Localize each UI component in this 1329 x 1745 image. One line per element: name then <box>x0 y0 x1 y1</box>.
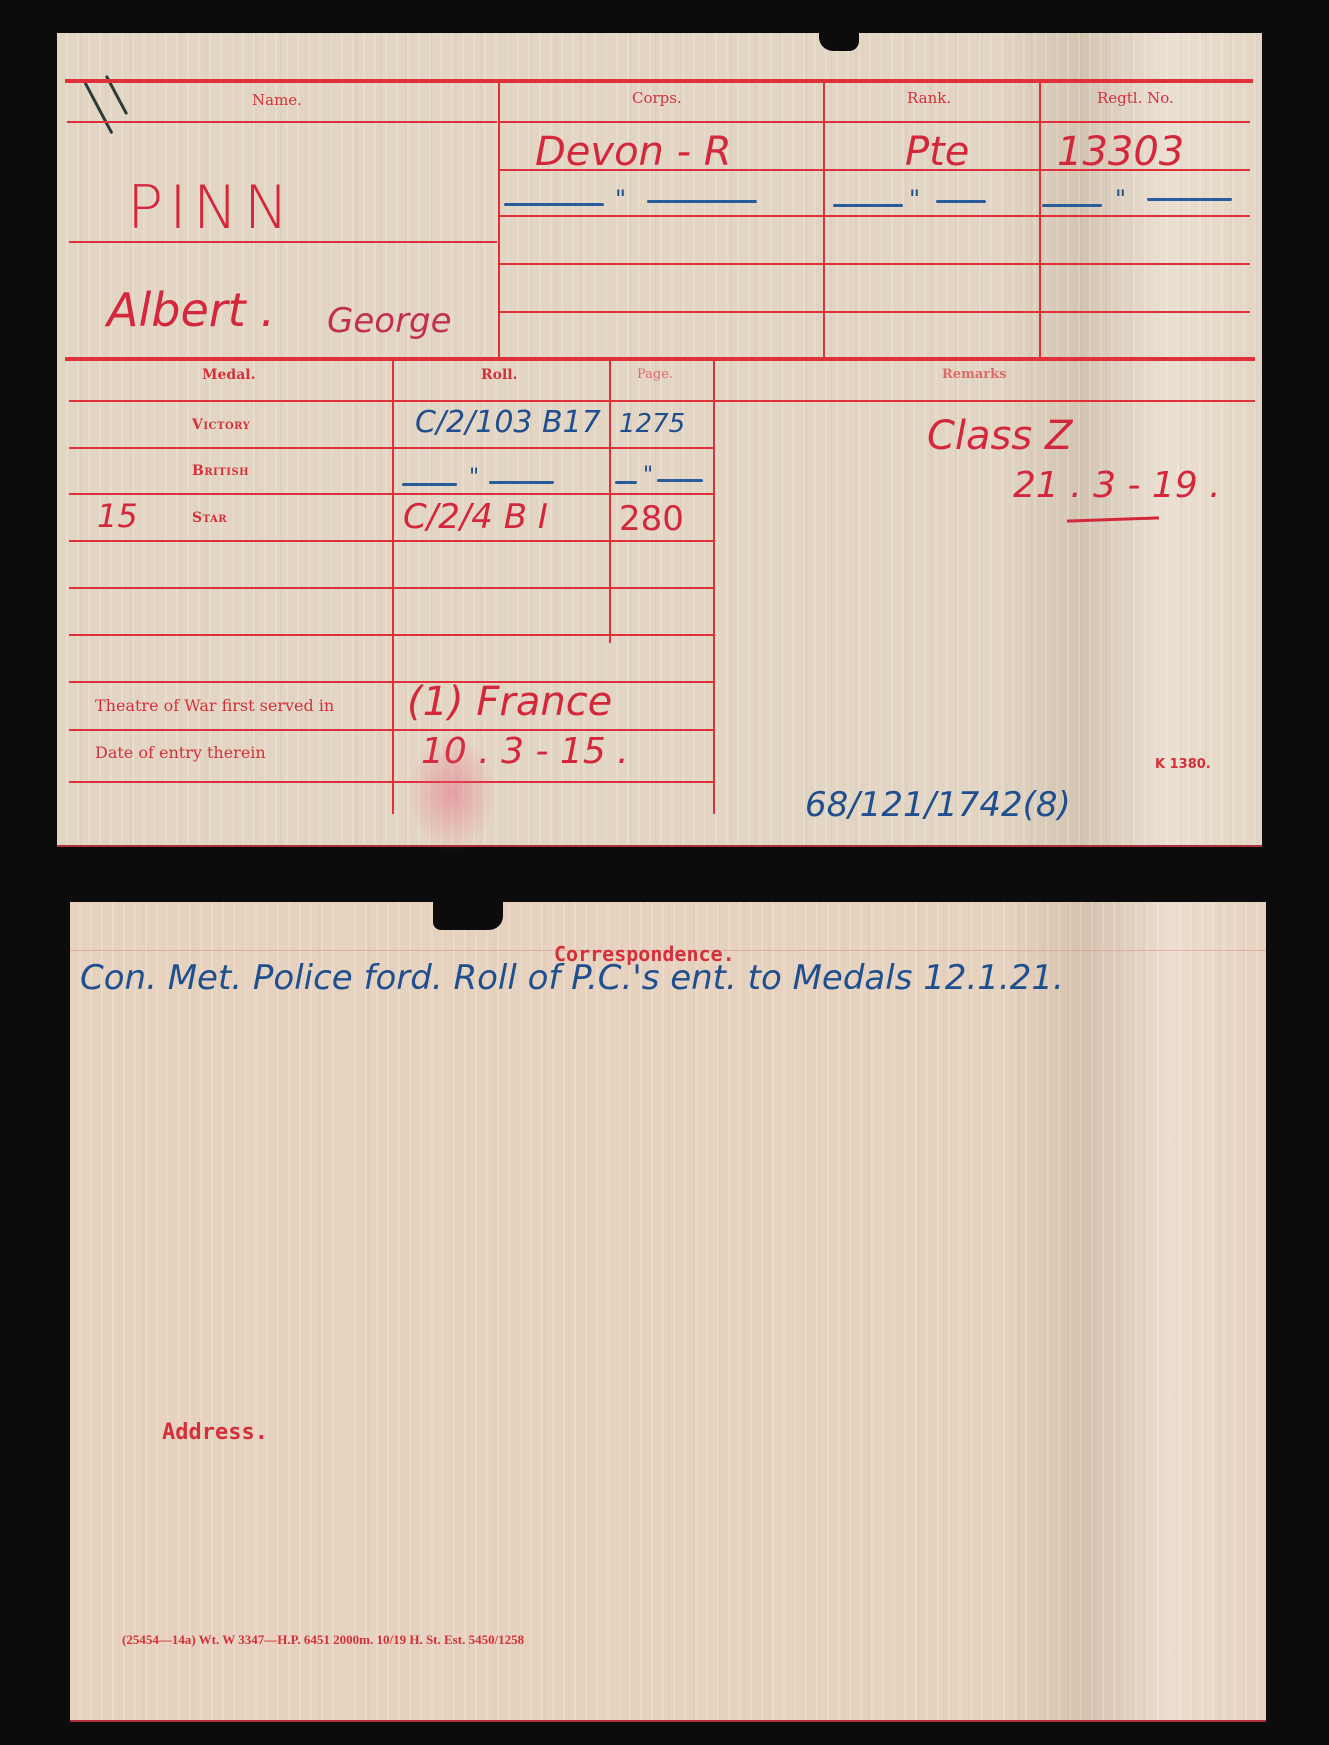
medal-column-header: Medal. <box>202 367 255 383</box>
ditto-line <box>657 479 703 482</box>
rule-row <box>69 493 713 495</box>
torn-notch <box>819 31 859 51</box>
pencil-tick-mark <box>84 82 114 135</box>
rule-row <box>69 540 713 542</box>
printer-imprint: (25454—14a) Wt. W 3347—H.P. 6451 2000m. … <box>122 1632 524 1648</box>
col-divider-page-remarks <box>713 359 715 814</box>
remarks-class: Class Z <box>927 413 1072 459</box>
ditto-line <box>504 203 604 206</box>
torn-notch <box>433 900 503 930</box>
address-label: Address. <box>162 1420 268 1445</box>
name-column-header: Name. <box>252 91 302 109</box>
corps-column-header: Corps. <box>632 89 682 107</box>
ditto-mark: " <box>615 185 626 213</box>
form-code: K 1380. <box>1155 757 1211 772</box>
ditto-line <box>647 200 757 203</box>
page-entry: 280 <box>619 499 684 539</box>
page-entry: 1275 <box>619 409 685 439</box>
page-entry: " <box>643 463 653 488</box>
regt-no-column-header: Regtl. No. <box>1097 89 1174 107</box>
correspondence-note: Con. Met. Police ford. Roll of P.C.'s en… <box>80 958 1064 998</box>
rule-row <box>69 587 713 589</box>
corps-entry: Devon - R <box>535 129 732 175</box>
rule-row <box>500 215 1250 217</box>
rule-row <box>69 781 713 783</box>
ditto-line <box>936 200 986 203</box>
regt-no-entry: 13303 <box>1057 129 1184 175</box>
rule-row <box>67 121 497 123</box>
forenames-entry: Albert . <box>107 283 275 337</box>
roll-entry: C/2/103 B17 <box>415 405 601 440</box>
rule-top <box>65 79 1253 83</box>
reference-number: 68/121/1742(8) <box>805 785 1071 825</box>
medal-index-card-back: Correspondence. Con. Met. Police ford. R… <box>70 902 1266 1722</box>
surname-entry: PINN <box>127 173 295 243</box>
theatre-value: (1) France <box>407 679 612 725</box>
ditto-line <box>615 481 637 484</box>
ditto-mark: " <box>909 185 920 213</box>
rank-column-header: Rank. <box>907 89 951 107</box>
rule-row <box>69 400 1255 402</box>
remarks-date: 21 . 3 - 19 . <box>1013 465 1221 506</box>
ditto-line <box>1147 198 1232 201</box>
rule-row <box>500 121 1250 123</box>
ink-stain <box>407 733 497 853</box>
rule-row <box>69 681 713 683</box>
roll-column-header: Roll. <box>481 367 517 383</box>
rule-row <box>69 447 713 449</box>
ditto-mark: " <box>1115 185 1126 213</box>
page-column-header: Page. <box>637 367 673 382</box>
roll-entry: " <box>469 465 479 490</box>
rank-entry: Pte <box>905 129 969 175</box>
ditto-line <box>1042 204 1102 207</box>
rule-row <box>69 634 713 636</box>
medal-name: Victory <box>192 417 250 433</box>
forename-george-entry: George <box>327 301 452 341</box>
theatre-label: Theatre of War first served in <box>95 696 334 715</box>
rule-row <box>500 311 1250 313</box>
ditto-line <box>833 204 903 207</box>
remarks-underline <box>1067 516 1159 522</box>
remarks-column-header: Remarks <box>942 367 1006 382</box>
medal-name: British <box>192 463 249 479</box>
rule-row <box>500 263 1250 265</box>
roll-entry: C/2/4 B I <box>403 497 548 537</box>
medal-name: Star <box>192 510 227 526</box>
entry-date-label: Date of entry therein <box>95 743 266 762</box>
ditto-line <box>402 483 457 486</box>
ditto-line <box>489 481 554 484</box>
star-prefix: 15 <box>97 497 138 535</box>
rule-separator <box>65 357 1255 361</box>
medal-index-card-front: Name. Corps. Rank. Regtl. No. PINN Alber… <box>57 33 1262 847</box>
